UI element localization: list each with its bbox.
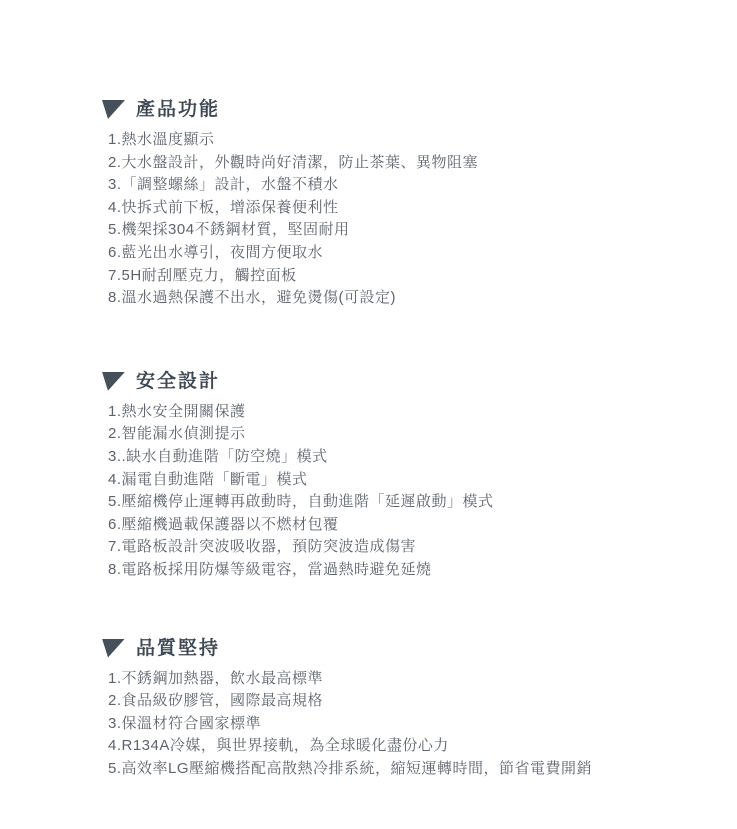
section-title: 安全設計 (136, 370, 220, 393)
list-item: 5.機架採304不銹鋼材質，堅固耐用 (108, 219, 717, 242)
feature-list: 1.熱水安全開關保護 2.智能漏水偵測提示 3..缺水自動進階「防空燒」模式 4… (102, 401, 717, 582)
product-description-page: 產品功能 1.熱水溫度顯示 2.大水盤設計，外觀時尚好清潔，防止茶葉、異物阻塞 … (0, 0, 737, 829)
list-item: 8.溫水過熱保護不出水，避免燙傷(可設定) (108, 287, 717, 310)
section-title: 產品功能 (136, 98, 220, 121)
list-item: 5.壓縮機停止運轉再啟動時，自動進階「延遲啟動」模式 (108, 491, 717, 514)
feature-list: 1.不銹鋼加熱器，飲水最高標準 2.食品級矽膠管，國際最高規格 3.保溫材符合國… (102, 668, 717, 781)
section-safety-design: 安全設計 1.熱水安全開關保護 2.智能漏水偵測提示 3..缺水自動進階「防空燒… (102, 370, 717, 582)
list-item: 6.藍光出水導引，夜間方便取水 (108, 242, 717, 265)
section-header: 產品功能 (102, 98, 717, 121)
list-item: 1.熱水溫度顯示 (108, 129, 717, 152)
feature-list: 1.熱水溫度顯示 2.大水盤設計，外觀時尚好清潔，防止茶葉、異物阻塞 3.「調整… (102, 129, 717, 310)
list-item: 3.保溫材符合國家標準 (108, 713, 717, 736)
list-item: 8.電路板採用防爆等級電容，當過熱時避免延燒 (108, 559, 717, 582)
list-item: 6.壓縮機過載保護器以不燃材包覆 (108, 514, 717, 537)
section-quality-commitment: 品質堅持 1.不銹鋼加熱器，飲水最高標準 2.食品級矽膠管，國際最高規格 3.保… (102, 637, 717, 781)
flag-triangle-icon (102, 100, 125, 119)
list-item: 1.熱水安全開關保護 (108, 401, 717, 424)
list-item: 1.不銹鋼加熱器，飲水最高標準 (108, 668, 717, 691)
list-item: 3..缺水自動進階「防空燒」模式 (108, 446, 717, 469)
list-item: 2.食品級矽膠管，國際最高規格 (108, 690, 717, 713)
section-product-features: 產品功能 1.熱水溫度顯示 2.大水盤設計，外觀時尚好清潔，防止茶葉、異物阻塞 … (102, 98, 717, 310)
section-header: 安全設計 (102, 370, 717, 393)
list-item: 3.「調整螺絲」設計，水盤不積水 (108, 174, 717, 197)
list-item: 4.快拆式前下板，增添保養便利性 (108, 197, 717, 220)
list-item: 5.高效率LG壓縮機搭配高散熱冷排系統，縮短運轉時間，節省電費開銷 (108, 758, 717, 781)
flag-triangle-icon (102, 372, 125, 391)
list-item: 2.大水盤設計，外觀時尚好清潔，防止茶葉、異物阻塞 (108, 152, 717, 175)
list-item: 7.5H耐刮壓克力，觸控面板 (108, 265, 717, 288)
list-item: 4.R134A冷媒，與世界接軌，為全球暖化盡份心力 (108, 735, 717, 758)
flag-triangle-icon (102, 639, 125, 658)
list-item: 2.智能漏水偵測提示 (108, 423, 717, 446)
section-header: 品質堅持 (102, 637, 717, 660)
list-item: 4.漏電自動進階「斷電」模式 (108, 469, 717, 492)
section-title: 品質堅持 (136, 637, 220, 660)
list-item: 7.電路板設計突波吸收器，預防突波造成傷害 (108, 536, 717, 559)
